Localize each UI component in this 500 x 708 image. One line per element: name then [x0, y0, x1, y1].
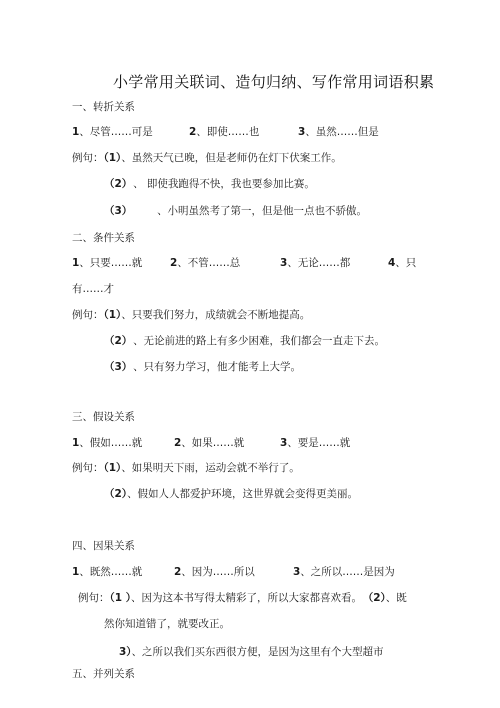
section-heading-2: 二、条件关系 — [72, 231, 135, 245]
conjunction-item: 4、只 — [388, 256, 416, 270]
conjunction-item: 1、假如……就 — [72, 436, 142, 450]
conjunction-item: 2、因为……所以 — [174, 565, 255, 579]
conjunction-item: 2、如果……就 — [174, 436, 244, 450]
conjunction-item: 3、无论……都 — [280, 256, 350, 270]
example-continuation: 然你知道错了，就要改正。 — [104, 617, 230, 631]
section-heading-3: 三、假设关系 — [72, 410, 135, 424]
section-heading-5: 五、并列关系 — [72, 667, 135, 681]
conjunction-item: 2、不管……总 — [170, 256, 240, 270]
conjunction-item: 1、既然……就 — [72, 565, 142, 579]
conjunction-item: 2、即使……也 — [189, 125, 259, 139]
conjunction-item: 1、只要……就 — [72, 256, 142, 270]
example-sentence: （3）、小明虽然考了第一，但是他一点也不骄傲。 — [104, 204, 367, 218]
document-title: 小学常用关联词、造句归纳、写作常用词语积累 — [113, 73, 434, 91]
conjunction-list-4: 1、既然……就 2、因为……所以 3、之所以……是因为 — [72, 565, 492, 579]
example-sentence: （3）、只有努力学习，他才能考上大学。 — [104, 360, 301, 374]
conjunction-list-1: 1、尽管……可是 2、即使……也 3、虽然……但是 — [72, 125, 492, 139]
conjunction-continuation: 有……才 — [72, 282, 114, 296]
section-heading-4: 四、因果关系 — [72, 539, 135, 553]
conjunction-item: 3、要是……就 — [280, 436, 350, 450]
example-sentence: 3）、之所以我们买东西很方便，是因为这里有个大型超市 — [119, 645, 384, 659]
conjunction-item: 1、尽管……可是 — [72, 125, 153, 139]
example-sentence: 例句：（1）、虽然天气已晚，但是老师仍在灯下伏案工作。 — [72, 151, 342, 165]
example-sentence: （2）、 即使我跑得不快，我也要参加比赛。 — [104, 177, 315, 191]
example-sentence: （2）、假如人人都爱护环境，这世界就会变得更美丽。 — [104, 487, 358, 501]
conjunction-item: 3、之所以……是因为 — [293, 565, 395, 579]
conjunction-list-3: 1、假如……就 2、如果……就 3、要是……就 — [72, 436, 492, 450]
section-heading-1: 一、转折关系 — [72, 100, 135, 114]
example-sentence: （2）、无论前进的路上有多少困难，我们都会一直走下去。 — [104, 334, 385, 348]
example-label: 例句： — [72, 462, 104, 474]
example-label: 例句： — [72, 152, 104, 164]
conjunction-item: 3、虽然……但是 — [298, 125, 379, 139]
example-label: 例句： — [78, 592, 110, 604]
example-sentence: 例句：（1）、如果明天下雨，运动会就不举行了。 — [72, 461, 300, 475]
conjunction-list-2: 1、只要……就 2、不管……总 3、无论……都 4、只 — [72, 256, 492, 270]
example-sentence: 例句：（1）、只要我们努力，成绩就会不断地提高。 — [72, 308, 310, 322]
example-sentence: 例句：（1 ）、因为这本书写得太精彩了，所以大家都喜欢看。（2）、既 — [78, 591, 407, 605]
example-label: 例句： — [72, 309, 104, 321]
